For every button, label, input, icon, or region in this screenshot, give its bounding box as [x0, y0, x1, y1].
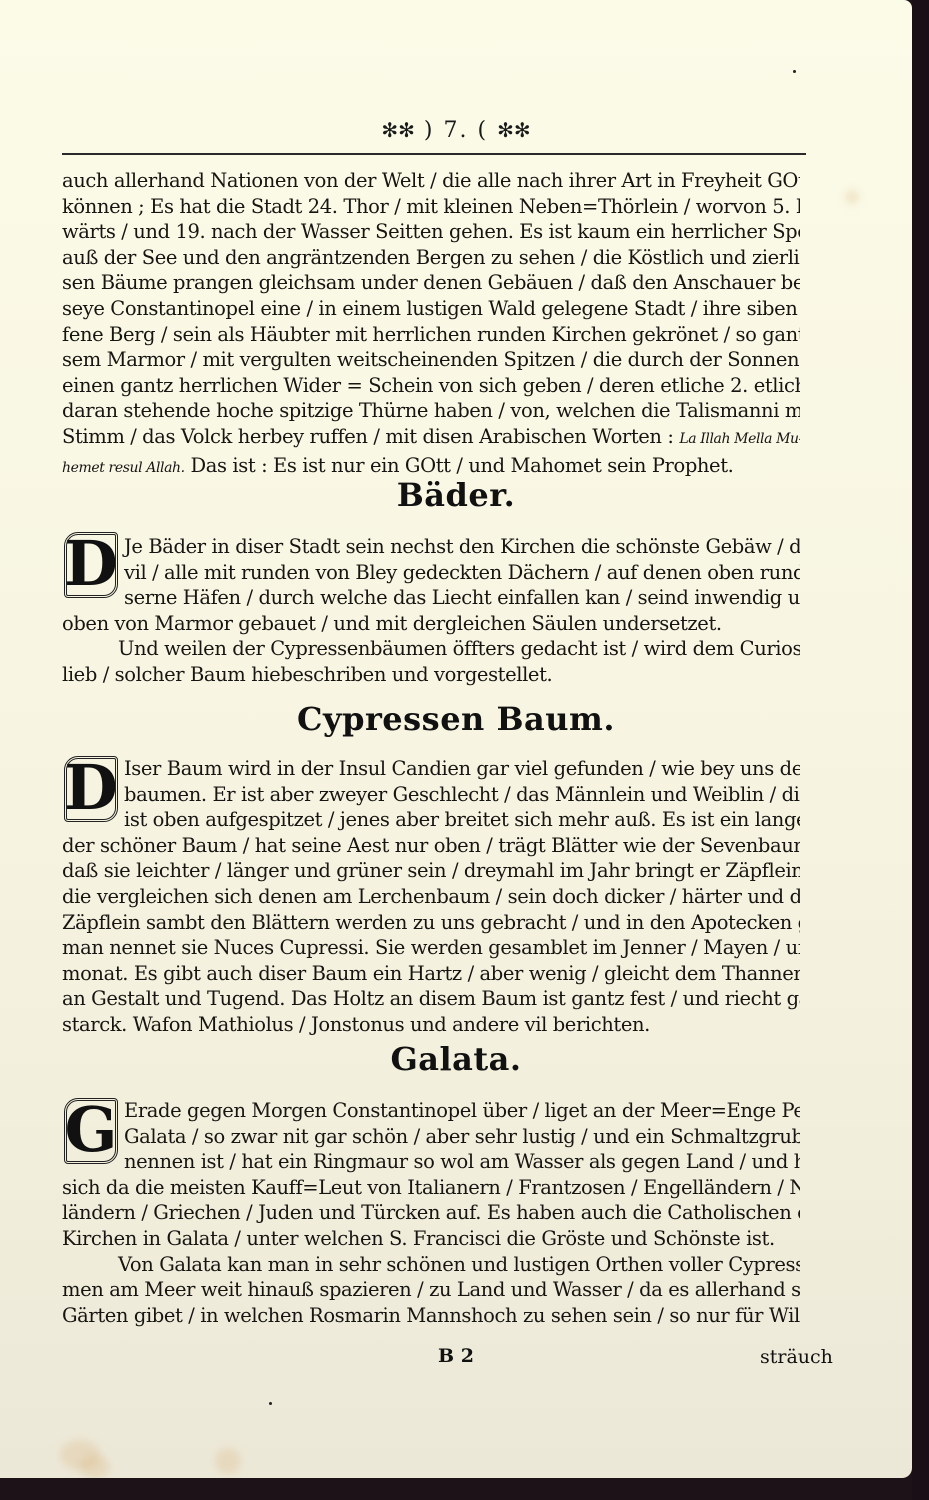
text-line: monat. Es gibt auch diser Baum ein Hartz… [62, 961, 800, 987]
galata-paragraph: Erade gegen Morgen Constantinopel über /… [62, 1098, 800, 1328]
text-line: ländern / Griechen / Juden und Türcken a… [62, 1200, 800, 1226]
text-line: auß der See und den angräntzenden Bergen… [62, 245, 800, 271]
flower-ornament-icon: ✻✻ [381, 118, 415, 142]
text-line: Gärten gibet / in welchen Rosmarin Manns… [62, 1303, 800, 1329]
text-line: Galata / so zwar nit gar schön / aber se… [62, 1124, 800, 1150]
text-line: Stimm / das Volck herbey ruffen / mit di… [62, 424, 800, 453]
flower-ornament-icon: ✻✻ [497, 118, 531, 142]
section-heading-baeder: Bäder. [0, 476, 912, 514]
text-line: der schöner Baum / hat seine Aest nur ob… [62, 833, 800, 859]
text-line: nennen ist / hat ein Ringmaur so wol am … [62, 1149, 800, 1175]
paper-stain [845, 190, 859, 204]
text-line: Iser Baum wird in der Insul Candien gar … [62, 756, 800, 782]
text-line: auch allerhand Nationen von der Welt / d… [62, 168, 800, 194]
text-line: können ; Es hat die Stadt 24. Thor / mit… [62, 194, 800, 220]
page-number: ) 7. ( [424, 118, 488, 143]
text-line: seye Constantinopel eine / in einem lust… [62, 296, 800, 322]
latin-quote: hemet resul Allah. [62, 460, 185, 476]
text-line: starck. Wafon Mathiolus / Jonstonus und … [62, 1012, 800, 1038]
text-line: men am Meer weit hinauß spazieren / zu L… [62, 1277, 800, 1303]
text-line: ist oben aufgespitzet / jenes aber breit… [62, 807, 800, 833]
catchword: sträuch [760, 1346, 820, 1368]
text-line: an Gestalt und Tugend. Das Holtz an dise… [62, 986, 800, 1012]
text-line: Und weilen der Cypressenbäumen öffters g… [62, 636, 800, 662]
text-line: daran stehende hoche spitzige Thürne hab… [62, 398, 800, 424]
text-line: man nennet sie Nuces Cupressi. Sie werde… [62, 935, 800, 961]
latin-quote: La Illah Mella Mu- [679, 431, 800, 447]
header-rule [62, 153, 806, 155]
cypressen-paragraph: Iser Baum wird in der Insul Candien gar … [62, 756, 800, 1038]
text-line: wärts / und 19. nach der Wasser Seitten … [62, 219, 800, 245]
paper-stain [80, 1455, 110, 1478]
text-line: fene Berg / sein als Häubter mit herrlic… [62, 322, 800, 348]
ink-speck [269, 1402, 272, 1405]
baeder-paragraph: Je Bäder in diser Stadt sein nechst den … [62, 534, 800, 688]
text-line-part: Das ist : Es ist nur ein GOtt / und Maho… [185, 454, 734, 477]
text-line: Kirchen in Galata / unter welchen S. Fra… [62, 1226, 800, 1252]
text-line: daß sie leichter / länger und grüner sei… [62, 858, 800, 884]
ink-speck [793, 70, 796, 73]
running-header: ✻✻ ) 7. ( ✻✻ [0, 118, 912, 143]
scanned-page: ✻✻ ) 7. ( ✻✻ auch allerhand Nationen von… [0, 0, 912, 1478]
text-line: oben von Marmor gebauet / und mit dergle… [62, 611, 800, 637]
text-line: sem Marmor / mit vergulten weitscheinend… [62, 347, 800, 373]
text-line: sen Bäume prangen gleichsam under denen … [62, 270, 800, 296]
text-line: sich da die meisten Kauff=Leut von Itali… [62, 1175, 800, 1201]
text-line: baumen. Er ist aber zweyer Geschlecht / … [62, 782, 800, 808]
text-line: Erade gegen Morgen Constantinopel über /… [62, 1098, 800, 1124]
text-line: die vergleichen sich denen am Lerchenbau… [62, 884, 800, 910]
text-line: einen gantz herrlichen Wider = Schein vo… [62, 373, 800, 399]
text-line: Von Galata kan man in sehr schönen und l… [62, 1252, 800, 1278]
section-heading-galata: Galata. [0, 1040, 912, 1078]
section-heading-cypressen: Cypressen Baum. [0, 700, 912, 738]
text-line: serne Häfen / durch welche das Liecht ei… [62, 585, 800, 611]
paper-stain [215, 1448, 241, 1474]
text-line: Je Bäder in diser Stadt sein nechst den … [62, 534, 800, 560]
text-line-part: Stimm / das Volck herbey ruffen / mit di… [62, 425, 674, 448]
text-line: lieb / solcher Baum hiebeschriben und vo… [62, 662, 800, 688]
text-line: vil / alle mit runden von Bley gedeckten… [62, 560, 800, 586]
scan-background-edge [912, 0, 929, 1500]
intro-paragraph: auch allerhand Nationen von der Welt / d… [62, 168, 800, 481]
text-line: Zäpflein sambt den Blättern werden zu un… [62, 910, 800, 936]
